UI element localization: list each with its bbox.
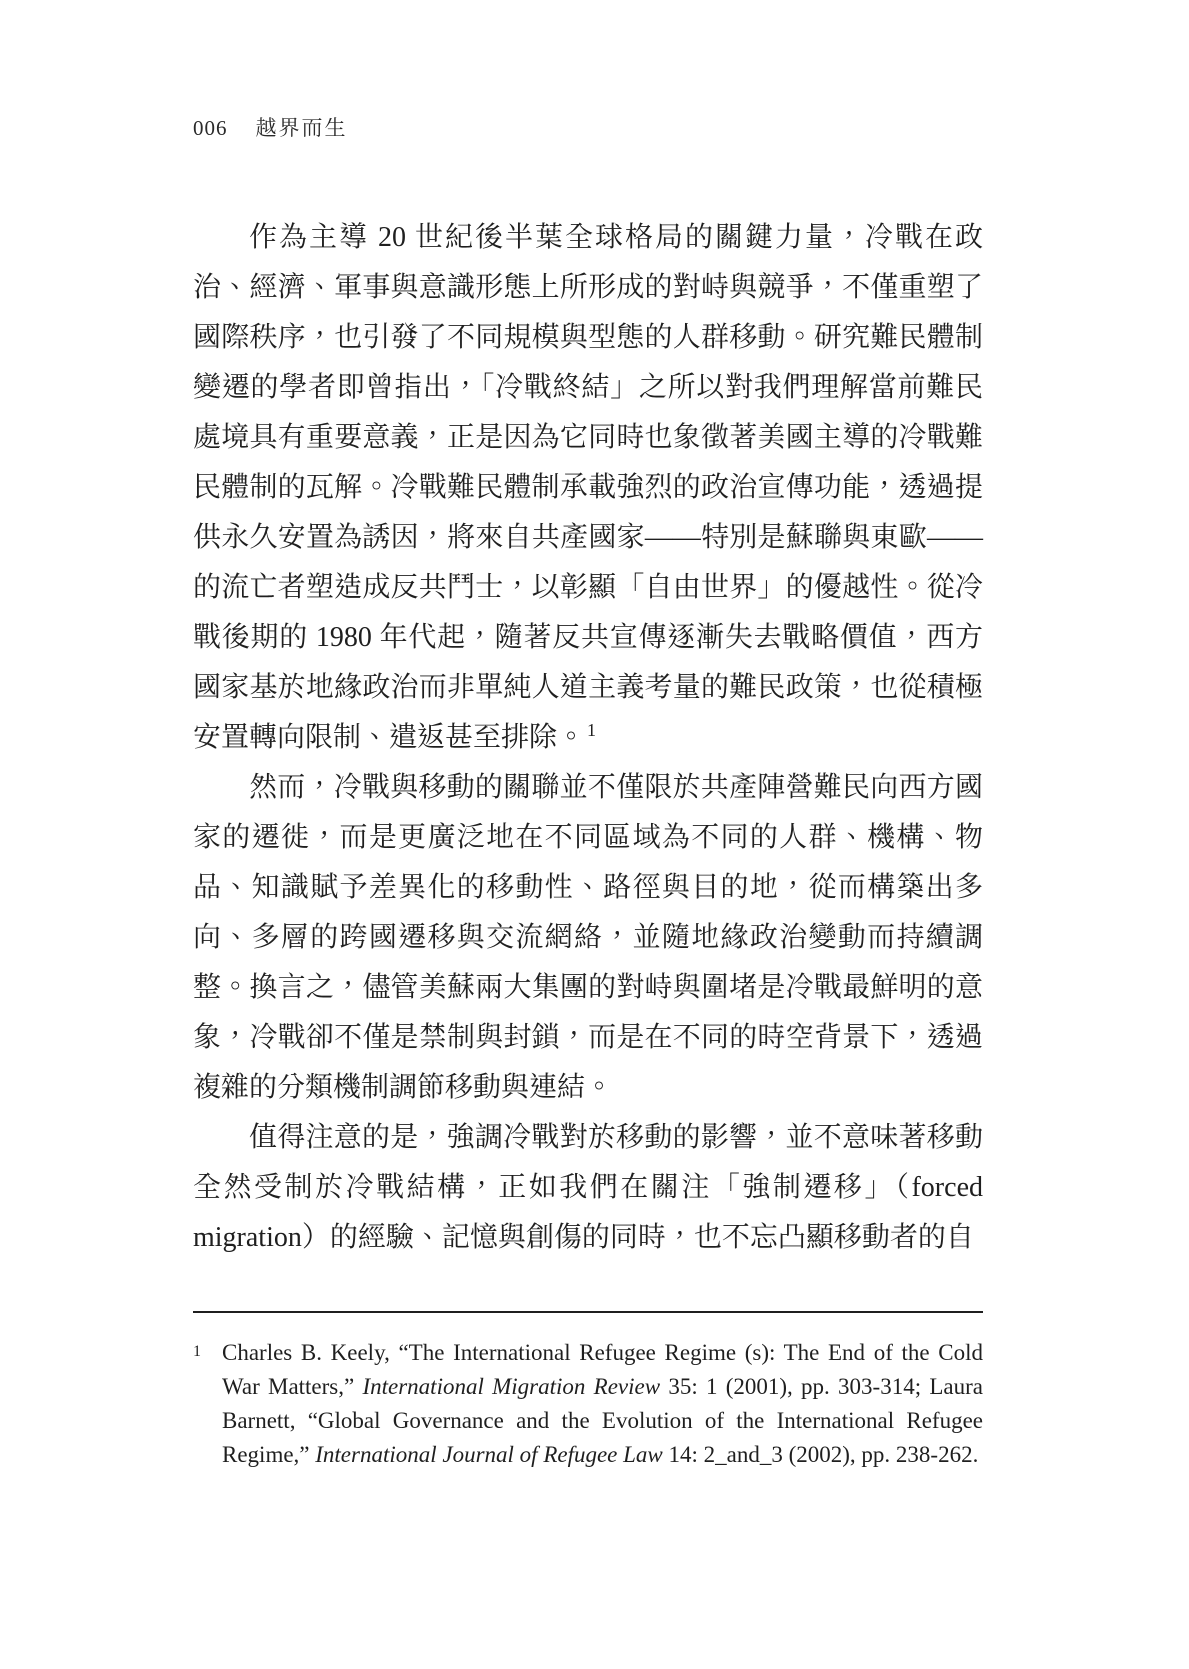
footnote-1: 1 Charles B. Keely, “The International R… xyxy=(193,1336,983,1472)
paragraph-cold-war-mobility-networks: 然而，冷戰與移動的關聯並不僅限於共產陣營難民向西方國家的遷徙，而是更廣泛地在不同… xyxy=(193,763,983,1113)
paragraph-forced-migration: 值得注意的是，強調冷戰對於移動的影響，並不意味著移動全然受制於冷戰結構，正如我們… xyxy=(193,1113,983,1263)
main-text-block: 作為主導 20 世紀後半葉全球格局的關鍵力量，冷戰在政治、經濟、軍事與意識形態上… xyxy=(193,213,983,1263)
paragraph-cold-war-refugee-regime: 作為主導 20 世紀後半葉全球格局的關鍵力量，冷戰在政治、經濟、軍事與意識形態上… xyxy=(193,213,983,763)
footnote-journal-title-2: International Journal of Refugee Law xyxy=(315,1442,663,1467)
paragraph-1-text: 作為主導 20 世紀後半葉全球格局的關鍵力量，冷戰在政治、經濟、軍事與意識形態上… xyxy=(193,222,983,753)
footnote-journal-title-1: International Migration Review xyxy=(362,1374,660,1399)
footnote-separator-rule xyxy=(193,1311,983,1313)
footnote-1-marker: 1 xyxy=(193,1336,222,1367)
footnote-citation-segment-3: 14: 2_and_3 (2002), pp. 238-262. xyxy=(663,1442,979,1467)
book-page: 006越界而生 作為主導 20 世紀後半葉全球格局的關鍵力量，冷戰在政治、經濟、… xyxy=(0,0,1189,1669)
footnote-reference-1: 1 xyxy=(587,720,596,740)
page-number: 006 xyxy=(193,116,228,140)
book-title: 越界而生 xyxy=(256,116,348,140)
footnote-1-text: Charles B. Keely, “The International Ref… xyxy=(222,1336,983,1472)
running-header: 006越界而生 xyxy=(193,113,348,143)
